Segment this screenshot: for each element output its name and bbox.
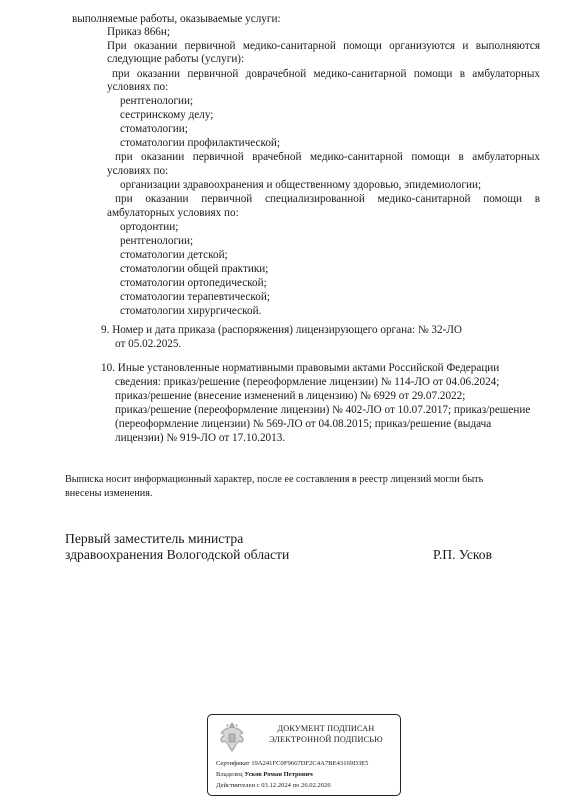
item-10-text: 10. Иные установленные нормативными прав… <box>101 362 499 375</box>
certificate-value: 19A241FC0F9667DF2C4A7BE43169D3E5 <box>251 760 368 767</box>
vrach-heading: при оказании первичной врачебной медико-… <box>115 151 540 164</box>
order-text: Приказ 866н; <box>107 26 170 39</box>
item-10-text-line: лицензии) № 919-ЛО от 17.10.2013. <box>115 432 285 445</box>
owner-row: Владелец Усков Роман Петрович <box>216 770 313 779</box>
vrach-heading-cont: условиях по: <box>107 165 168 178</box>
certificate-row: Сертификат 19A241FC0F9667DF2C4A7BE43169D… <box>216 759 368 768</box>
signatory-position-cont: здравоохранения Вологодской области <box>65 546 289 563</box>
item-10-text-line: сведения: приказ/решение (переоформление… <box>115 376 499 389</box>
e-signature-stamp: ДОКУМЕНТ ПОДПИСАН ЭЛЕКТРОННОЙ ПОДПИСЬЮ С… <box>207 714 401 796</box>
primary-care-text: При оказании первичной медико-санитарной… <box>107 40 540 53</box>
intro-text: выполняемые работы, оказываемые услуги: <box>72 13 281 26</box>
list-item: стоматологии детской; <box>120 249 228 262</box>
prevrach-heading-cont: условиях по: <box>107 81 168 94</box>
spec-heading: при оказании первичной специализированно… <box>115 193 540 206</box>
list-item: стоматологии профилактической; <box>120 137 280 150</box>
list-item: сестринскому делу; <box>120 109 213 122</box>
coat-of-arms-icon <box>218 721 246 755</box>
item-9-text-cont: от 05.02.2025. <box>115 338 181 351</box>
disclaimer-text-cont: внесены изменения. <box>65 487 152 500</box>
document-page: выполняемые работы, оказываемые услуги: … <box>0 0 566 800</box>
list-item: рентгенологии; <box>120 235 193 248</box>
item-10-text-line: приказ/решение (переоформление лицензии)… <box>115 404 530 417</box>
list-item: организации здравоохранения и общественн… <box>120 179 481 192</box>
item-9-text: 9. Номер и дата приказа (распоряжения) л… <box>101 324 462 337</box>
list-item: стоматологии хирургической. <box>120 305 261 318</box>
list-item: стоматологии ортопедической; <box>120 277 267 290</box>
prevrach-heading: при оказании первичной доврачебной медик… <box>112 68 540 81</box>
owner-value: Усков Роман Петрович <box>244 771 313 778</box>
list-item: стоматологии; <box>120 123 188 136</box>
stamp-title-line: ЭЛЕКТРОННОЙ ПОДПИСЬЮ <box>256 734 396 745</box>
list-item: ортодонтии; <box>120 221 178 234</box>
stamp-title: ДОКУМЕНТ ПОДПИСАН ЭЛЕКТРОННОЙ ПОДПИСЬЮ <box>256 723 396 745</box>
signatory-position: Первый заместитель министра <box>65 530 243 547</box>
item-10-text-line: приказ/решение (внесение изменений в лиц… <box>115 390 465 403</box>
list-item: рентгенологии; <box>120 95 193 108</box>
stamp-title-line: ДОКУМЕНТ ПОДПИСАН <box>256 723 396 734</box>
certificate-label: Сертификат <box>216 760 250 767</box>
primary-care-text-cont: следующие работы (услуги): <box>107 53 244 66</box>
spec-heading-cont: амбулаторных условиях по: <box>107 207 239 220</box>
disclaimer-text: Выписка носит информационный характер, п… <box>65 473 483 486</box>
list-item: стоматологии общей практики; <box>120 263 268 276</box>
list-item: стоматологии терапевтической; <box>120 291 270 304</box>
item-10-text-line: (переоформление лицензии) № 569-ЛО от 04… <box>115 418 491 431</box>
validity-row: Действителен с 03.12.2024 по 26.02.2026 <box>216 781 331 790</box>
signatory-name: Р.П. Усков <box>433 546 492 563</box>
owner-label: Владелец <box>216 771 243 778</box>
